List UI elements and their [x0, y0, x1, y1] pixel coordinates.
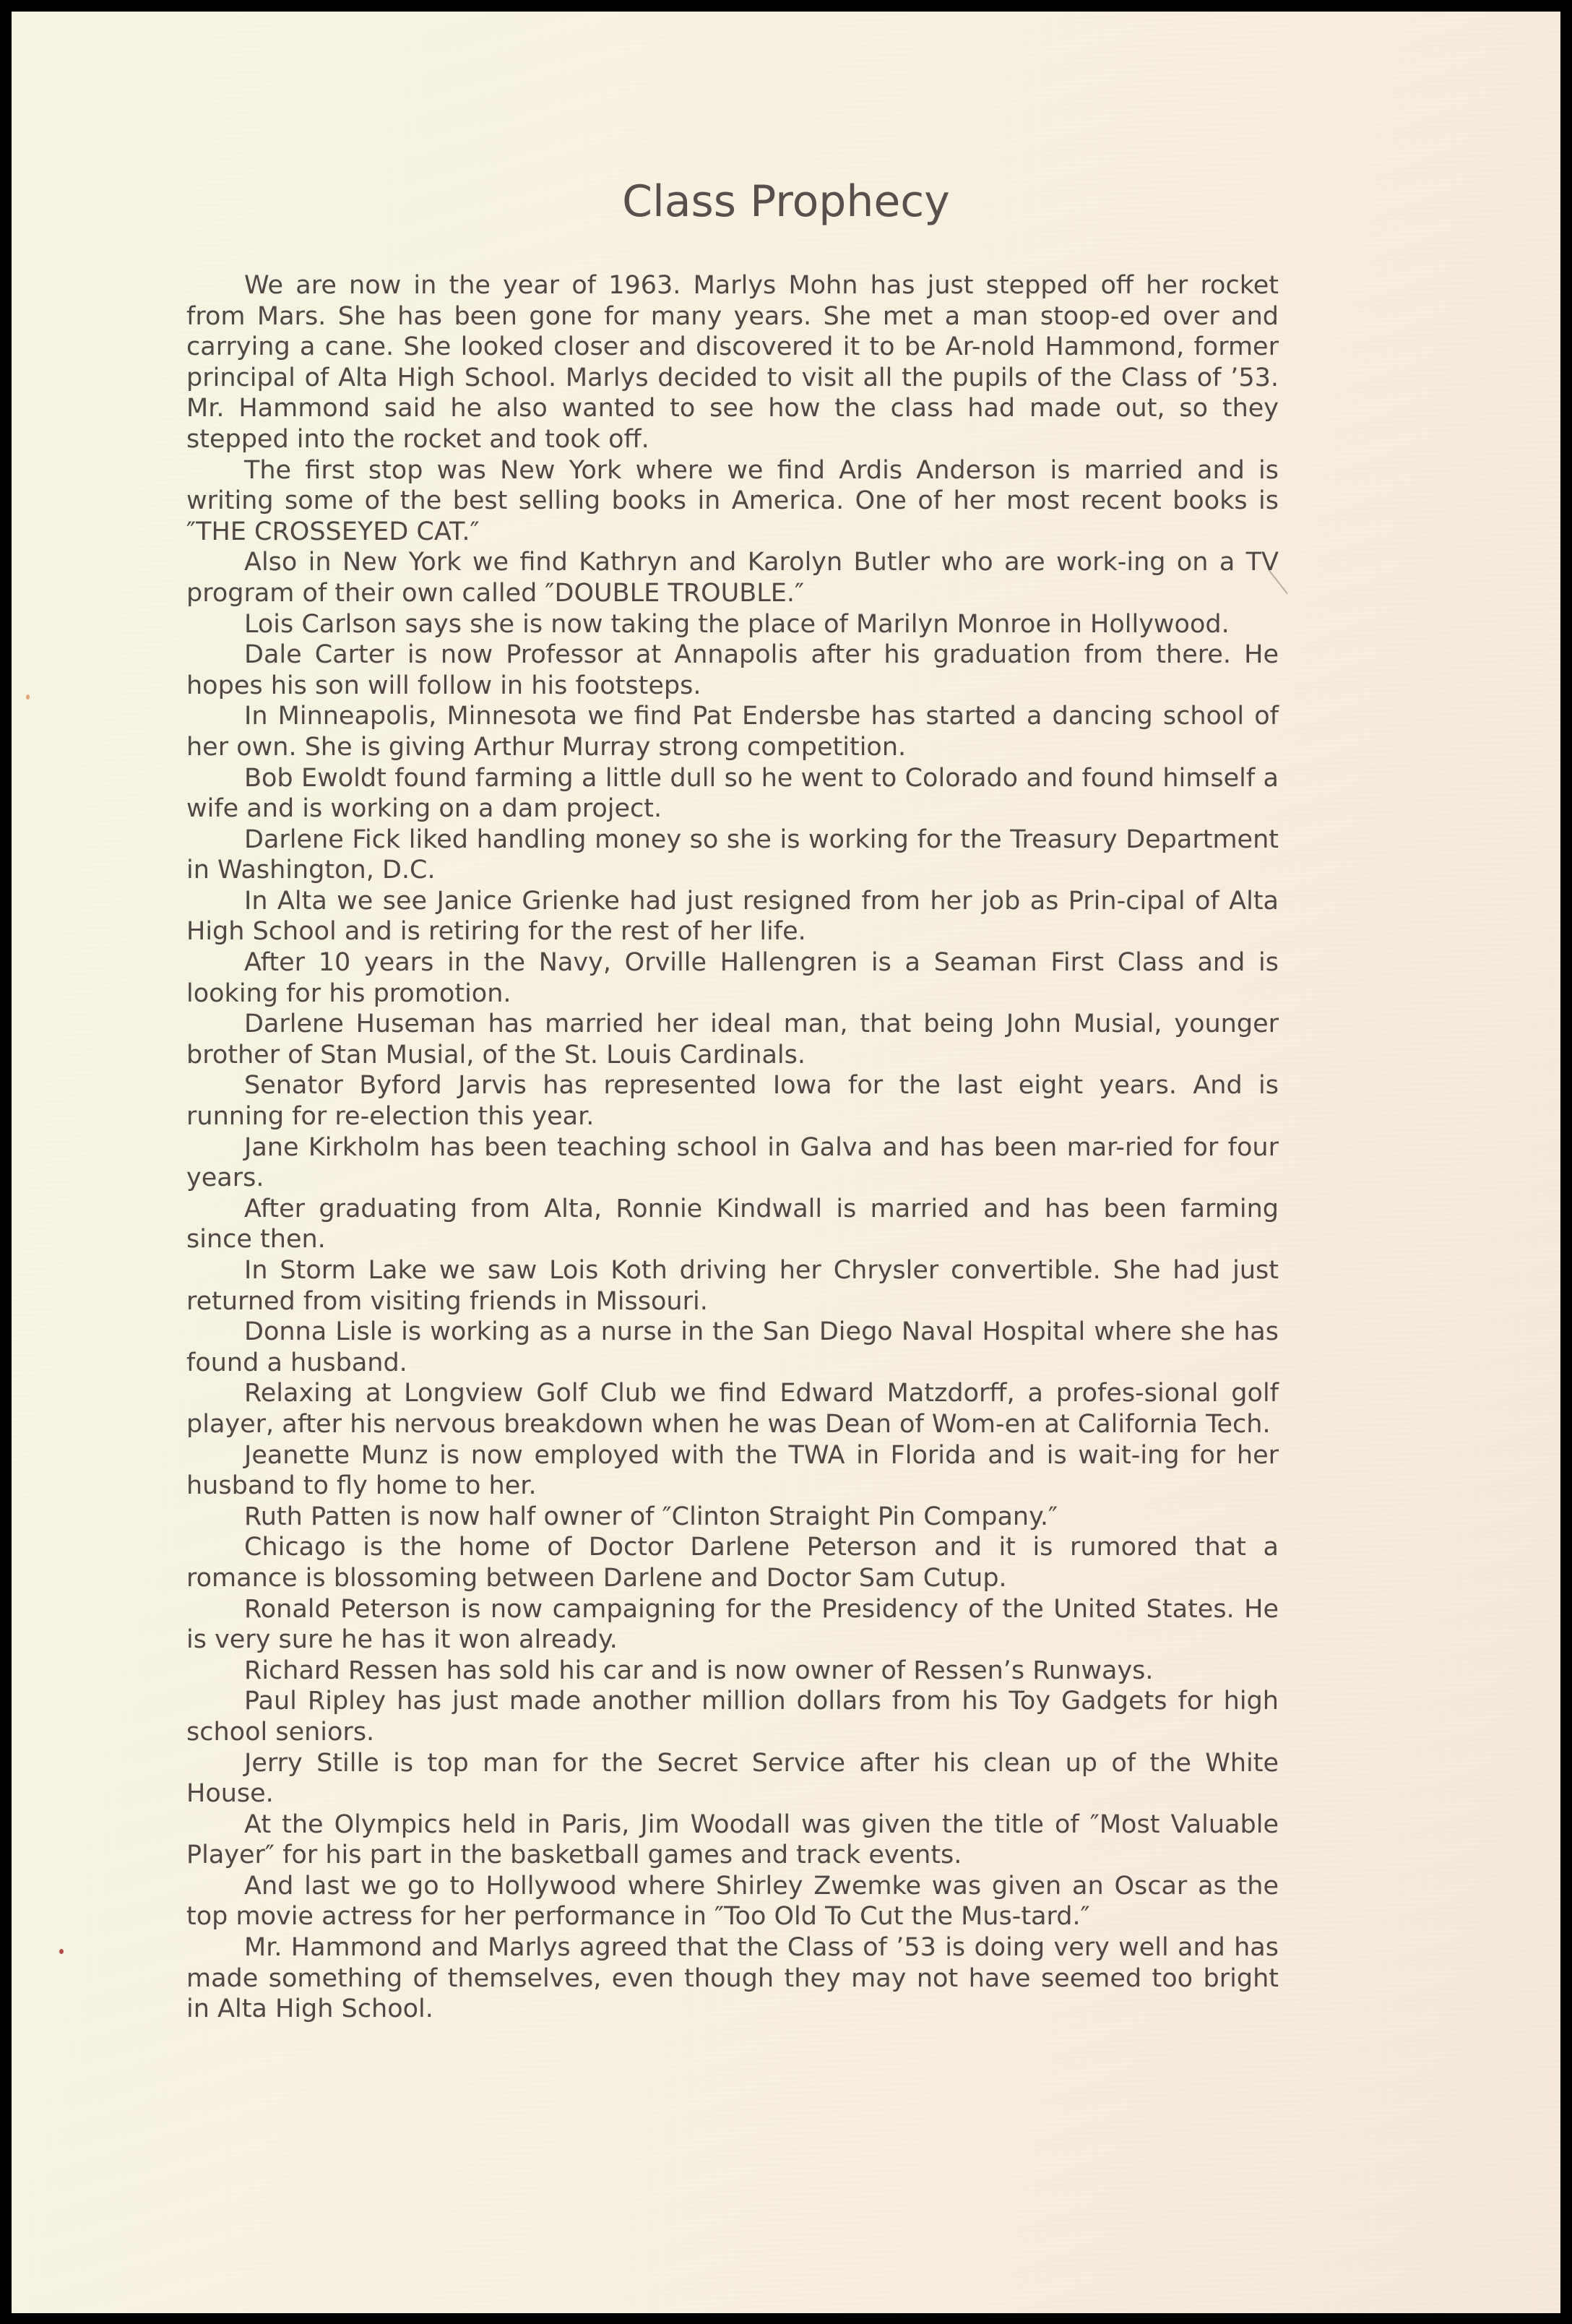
- paragraph-lois-koth: In Storm Lake we saw Lois Koth driving h…: [186, 1255, 1279, 1317]
- yearbook-page: Class Prophecy We are now in the year of…: [12, 12, 1560, 2313]
- page-title: Class Prophecy: [12, 176, 1560, 227]
- paragraph-dale-carter: Dale Carter is now Professor at Annapoli…: [186, 640, 1279, 701]
- paragraph-richard-ressen: Richard Ressen has sold his car and is n…: [186, 1656, 1279, 1687]
- paragraph-ronald-peterson: Ronald Peterson is now campaigning for t…: [186, 1594, 1279, 1656]
- paragraph-bob-ewoldt: Bob Ewoldt found farming a little dull s…: [186, 763, 1279, 825]
- paragraph-darlene-fick: Darlene Fick liked handling money so she…: [186, 825, 1279, 886]
- paragraph-ronnie-kindwall: After graduating from Alta, Ronnie Kindw…: [186, 1194, 1279, 1255]
- ink-speck: [59, 1949, 64, 1954]
- paragraph-ruth-patten: Ruth Patten is now half owner of ″Clinto…: [186, 1502, 1279, 1533]
- paragraph-jane-kirkholm: Jane Kirkholm has been teaching school i…: [186, 1132, 1279, 1194]
- paragraph-jeanette-munz: Jeanette Munz is now employed with the T…: [186, 1440, 1279, 1502]
- paragraph-jim-woodall: At the Olympics held in Paris, Jim Wooda…: [186, 1809, 1279, 1871]
- paragraph-conclusion: Mr. Hammond and Marlys agreed that the C…: [186, 1932, 1279, 2025]
- paragraph-darlene-peterson: Chicago is the home of Doctor Darlene Pe…: [186, 1532, 1279, 1593]
- paragraph-paul-ripley: Paul Ripley has just made another millio…: [186, 1686, 1279, 1747]
- paragraph-jerry-stille: Jerry Stille is top man for the Secret S…: [186, 1748, 1279, 1809]
- paragraph-byford-jarvis: Senator Byford Jarvis has represented Io…: [186, 1070, 1279, 1132]
- paragraph-edward-matzdorff: Relaxing at Longview Golf Club we find E…: [186, 1378, 1279, 1439]
- prophecy-body: We are now in the year of 1963. Marlys M…: [186, 270, 1279, 2025]
- paragraph-lois-carlson: Lois Carlson says she is now taking the …: [186, 609, 1279, 640]
- paragraph-janice-grienke: In Alta we see Janice Grienke had just r…: [186, 886, 1279, 947]
- paragraph-shirley-zwemke: And last we go to Hollywood where Shirle…: [186, 1871, 1279, 1932]
- paragraph-donna-lisle: Donna Lisle is working as a nurse in the…: [186, 1317, 1279, 1378]
- paper-speck: [26, 694, 30, 700]
- paragraph-butler-twins: Also in New York we find Kathryn and Kar…: [186, 547, 1279, 608]
- paragraph-pat-endersbe: In Minneapolis, Minnesota we find Pat En…: [186, 701, 1279, 762]
- paragraph-orville-hallengren: After 10 years in the Navy, Orville Hall…: [186, 947, 1279, 1009]
- paragraph-intro: We are now in the year of 1963. Marlys M…: [186, 270, 1279, 455]
- paragraph-darlene-huseman: Darlene Huseman has married her ideal ma…: [186, 1009, 1279, 1070]
- paragraph-ardis-anderson: The first stop was New York where we fin…: [186, 455, 1279, 548]
